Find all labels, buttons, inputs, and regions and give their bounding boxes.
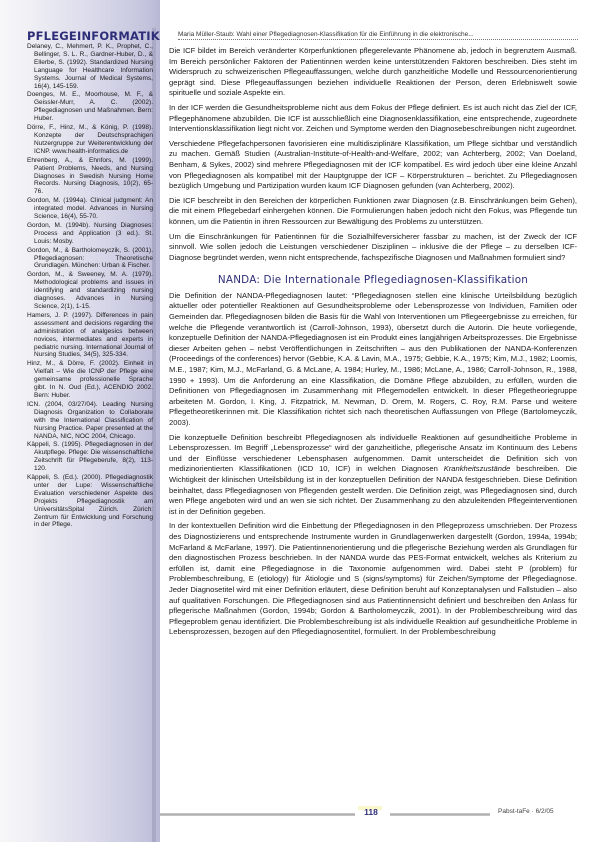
body-paragraph: Um die Einschränkungen für Patientinnen … bbox=[169, 232, 577, 264]
footer-rule-right bbox=[390, 813, 490, 816]
body-paragraph: Verschiedene Pflegefachpersonen favorisi… bbox=[169, 139, 577, 192]
reference-entry: Gordon, M., & Sweeney, M. A. (1979). Met… bbox=[27, 271, 153, 311]
reference-entry: Doenges, M. E., Moorhouse, M. F., & Geis… bbox=[27, 91, 153, 123]
journal-issue-label: Pabst-taFe · 6/2/05 bbox=[498, 808, 554, 815]
reference-entry: Gordon, M. (1994a). Clinical judgment: A… bbox=[27, 197, 153, 221]
emphasized-term: Krankheitszustände bbox=[444, 464, 511, 473]
reference-entry: Ehrenberg, A., & Ehnfors, M. (1999). Pat… bbox=[27, 157, 153, 197]
page-number: 118 bbox=[354, 807, 388, 817]
reference-list: Delaney, C., Mehmert, P. K., Prophet, C.… bbox=[27, 43, 153, 530]
reference-entry: Gordon, M. (1994b). Nursing Diagnoses: P… bbox=[27, 222, 153, 246]
body-paragraph: Die konzeptuelle Definition beschreibt P… bbox=[169, 433, 577, 518]
reference-entry: Käppeli, S. (1995). Pflegediagnosen in d… bbox=[27, 441, 153, 473]
reference-entry: Käppeli, S. (Ed.). (2000). Pflegediagnos… bbox=[27, 474, 153, 529]
reference-entry: Hinz, M., & Dörre, F. (2002). Einheit in… bbox=[27, 360, 153, 400]
reference-entry: Hamers, J. P. (1997). Differences in pai… bbox=[27, 312, 153, 359]
reference-entry: Dörre, F., Hinz, M., & König, P. (1998).… bbox=[27, 124, 153, 156]
reference-entry: Gordon, M., & Bartholomeyczik, S. (2001)… bbox=[27, 247, 153, 271]
reference-entry: ICN. (2004, 03/27/04). Leading Nursing D… bbox=[27, 401, 153, 441]
section-brand-title: Pflegeinformatik bbox=[27, 29, 157, 43]
main-body-text: Die ICF bildet im Bereich veränderter Kö… bbox=[169, 46, 577, 642]
reference-entry: Delaney, C., Mehmert, P. K., Prophet, C.… bbox=[27, 43, 153, 90]
running-head: Maria Müller-Staub: Wahl einer Pflegedia… bbox=[178, 31, 578, 40]
body-paragraph: Die ICF bildet im Bereich veränderter Kö… bbox=[169, 46, 577, 99]
body-paragraph: Die Definition der NANDA-Pflegediagnosen… bbox=[169, 291, 577, 429]
footer-rule-left bbox=[160, 813, 355, 816]
body-paragraph: In der kontextuellen Definition wird die… bbox=[169, 521, 577, 638]
body-paragraph: Die ICF beschreibt in den Bereichen der … bbox=[169, 196, 577, 228]
section-heading: NANDA: Die Internationale Pflegediagnose… bbox=[169, 275, 577, 286]
body-paragraph: In der ICF werden die Gesundheitsproblem… bbox=[169, 103, 577, 135]
